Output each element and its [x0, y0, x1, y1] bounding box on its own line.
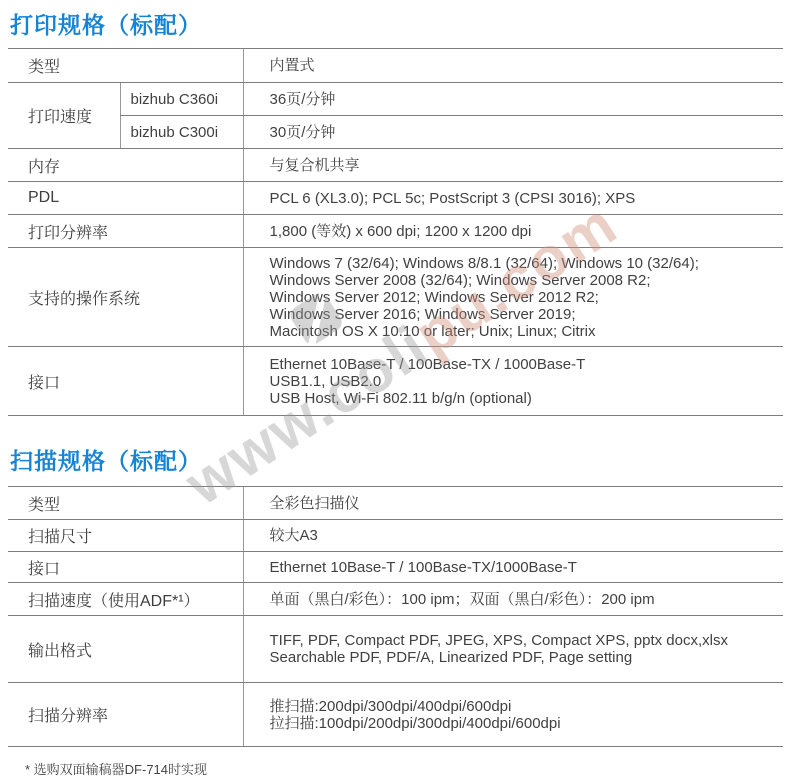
row-value: 全彩色扫描仪 — [243, 487, 783, 520]
row-label: 打印速度 — [8, 83, 120, 149]
table-row: 打印速度 bizhub C360i 36页/分钟 — [8, 83, 783, 116]
row-label: 类型 — [8, 487, 243, 520]
footnote: * 选购双面输稿器DF-714时实现 — [25, 759, 790, 778]
scan-section-title: 扫描规格（标配） — [0, 446, 790, 476]
row-model: bizhub C360i — [120, 83, 243, 116]
row-label: 打印分辨率 — [8, 215, 243, 248]
row-value: 较大A3 — [243, 520, 783, 552]
table-row: bizhub C300i 30页/分钟 — [8, 116, 783, 149]
scan-spec-table: 类型 全彩色扫描仪 扫描尺寸 较大A3 接口 Ethernet 10Base-T… — [8, 486, 783, 747]
table-row: 内存 与复合机共享 — [8, 149, 783, 182]
table-row: 扫描速度（使用ADF*¹） 单面（黑白/彩色）：100 ipm；双面（黑白/彩色… — [8, 583, 783, 616]
row-value: 30页/分钟 — [243, 116, 783, 149]
table-row: 打印分辨率 1,800 (等效) x 600 dpi; 1200 x 1200 … — [8, 215, 783, 248]
table-row: PDL PCL 6 (XL3.0); PCL 5c; PostScript 3 … — [8, 182, 783, 215]
row-model: bizhub C300i — [120, 116, 243, 149]
row-label: 接口 — [8, 552, 243, 583]
print-spec-table: 类型 内置式 打印速度 bizhub C360i 36页/分钟 bizhub C… — [8, 48, 783, 416]
table-row: 类型 内置式 — [8, 49, 783, 83]
row-value: 推扫描:200dpi/300dpi/400dpi/600dpi 拉扫描:100d… — [243, 683, 783, 747]
table-row: 接口 Ethernet 10Base-T / 100Base-TX/1000Ba… — [8, 552, 783, 583]
row-label: PDL — [8, 182, 243, 215]
row-label: 支持的操作系统 — [8, 248, 243, 347]
row-value: 单面（黑白/彩色）：100 ipm；双面（黑白/彩色）：200 ipm — [243, 583, 783, 616]
row-value: 内置式 — [243, 49, 783, 83]
row-label: 扫描尺寸 — [8, 520, 243, 552]
row-label: 输出格式 — [8, 616, 243, 683]
row-value: Ethernet 10Base-T / 100Base-TX/1000Base-… — [243, 552, 783, 583]
print-section-title: 打印规格（标配） — [0, 0, 790, 40]
row-label: 内存 — [8, 149, 243, 182]
table-row: 输出格式 TIFF, PDF, Compact PDF, JPEG, XPS, … — [8, 616, 783, 683]
row-value: PCL 6 (XL3.0); PCL 5c; PostScript 3 (CPS… — [243, 182, 783, 215]
row-value: Windows 7 (32/64); Windows 8/8.1 (32/64)… — [243, 248, 783, 347]
spec-sheet-page: 打印规格（标配） 类型 内置式 打印速度 bizhub C360i 36页/分钟… — [0, 0, 790, 779]
row-value: TIFF, PDF, Compact PDF, JPEG, XPS, Compa… — [243, 616, 783, 683]
table-row: 接口 Ethernet 10Base-T / 100Base-TX / 1000… — [8, 347, 783, 416]
row-value: 与复合机共享 — [243, 149, 783, 182]
table-row: 扫描分辨率 推扫描:200dpi/300dpi/400dpi/600dpi 拉扫… — [8, 683, 783, 747]
row-label: 类型 — [8, 49, 243, 83]
row-label: 扫描速度（使用ADF*¹） — [8, 583, 243, 616]
table-row: 类型 全彩色扫描仪 — [8, 487, 783, 520]
table-row: 扫描尺寸 较大A3 — [8, 520, 783, 552]
row-value: 36页/分钟 — [243, 83, 783, 116]
row-value: 1,800 (等效) x 600 dpi; 1200 x 1200 dpi — [243, 215, 783, 248]
table-row: 支持的操作系统 Windows 7 (32/64); Windows 8/8.1… — [8, 248, 783, 347]
row-label: 接口 — [8, 347, 243, 416]
row-label: 扫描分辨率 — [8, 683, 243, 747]
row-value: Ethernet 10Base-T / 100Base-TX / 1000Bas… — [243, 347, 783, 416]
